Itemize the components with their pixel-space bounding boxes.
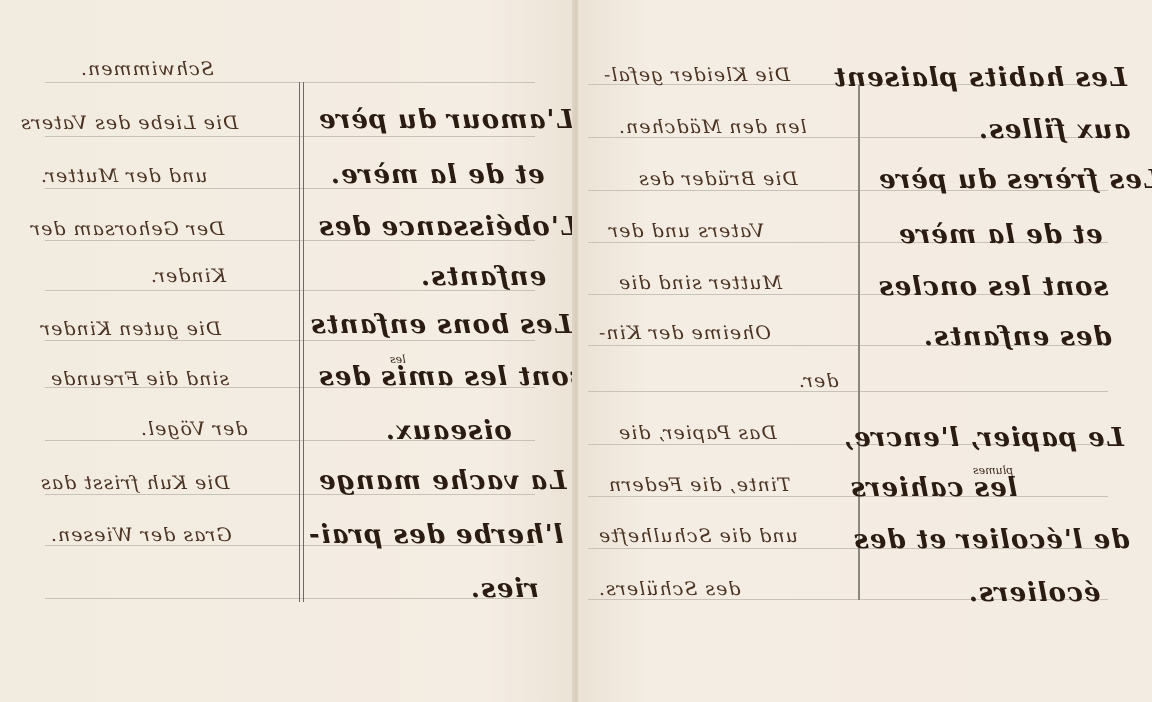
french-line: Le papier, l'encre,: [843, 423, 1124, 453]
german-line: Gras der Wiesen.: [50, 524, 232, 546]
ruled-line: [45, 82, 535, 83]
german-line: Vaters und der: [608, 220, 764, 242]
german-line: Die Kleider gefal-: [603, 64, 790, 86]
german-line: Oheime der Kin-: [598, 322, 771, 344]
column-divider: [303, 82, 304, 602]
german-line: Kinder.: [150, 265, 226, 287]
left-page: Schwimmen. Die Liebe des Vaters und der …: [0, 0, 574, 702]
german-line: der.: [798, 370, 838, 392]
french-line: ries.: [470, 574, 539, 604]
french-line: L'amour du père: [318, 105, 574, 135]
german-line: des Schülers.: [598, 578, 741, 600]
french-line: Les bons enfants: [310, 310, 572, 340]
french-line: oiseaux.: [385, 416, 512, 446]
german-line: der Vögel.: [140, 418, 247, 440]
german-line: und der Mutter.: [40, 165, 207, 187]
german-line: Die Liebe des Vaters: [20, 112, 238, 134]
french-line: les cahiers: [850, 473, 1017, 503]
french-line: L'obéissance des: [318, 212, 578, 242]
ruled-line: [588, 391, 1108, 392]
french-line: de l'écolier et des: [853, 525, 1129, 555]
french-line: Les habits plaisent: [833, 63, 1127, 93]
german-line: Das Papier, die: [618, 422, 777, 444]
french-line: et de la mère.: [330, 160, 545, 190]
french-line: sont les amis des: [318, 362, 584, 392]
german-line: Die guten Kinder: [40, 318, 221, 340]
german-line: Der Gehorsam der: [30, 218, 224, 240]
column-divider: [858, 85, 860, 600]
column-divider: [299, 82, 300, 602]
french-line: La vache mange: [318, 466, 566, 496]
french-line: des enfants.: [923, 322, 1112, 352]
ruled-line: [45, 340, 535, 341]
french-line: sont les oncles: [878, 272, 1108, 302]
german-line: Die Kuh frisst das: [40, 472, 230, 494]
ruled-line: [45, 136, 535, 137]
french-line: et de la mère: [898, 220, 1102, 250]
german-line: und die Schulhefte: [598, 525, 798, 547]
german-line: Tinte, die Federn: [608, 474, 791, 496]
manuscript-spread: Schwimmen. Die Liebe des Vaters und der …: [0, 0, 1152, 702]
ruled-line: [45, 598, 535, 599]
german-line: Schwimmen.: [80, 58, 214, 80]
german-line: sind die Freunde: [50, 368, 229, 390]
german-line: Mutter sind die: [618, 272, 782, 294]
right-page: Die Kleider gefal- len den Mädchen. Die …: [578, 0, 1152, 702]
french-line: enfants.: [420, 262, 546, 292]
ruled-line: [588, 496, 1108, 497]
german-line: Die Brüder des: [638, 168, 798, 190]
french-line: écoliers.: [968, 578, 1100, 608]
german-line: len den Mädchen.: [618, 116, 807, 138]
french-line: Les frères du père: [878, 165, 1152, 195]
french-line: aux filles.: [978, 115, 1130, 145]
french-line: l'herbe des prai-: [308, 520, 564, 550]
